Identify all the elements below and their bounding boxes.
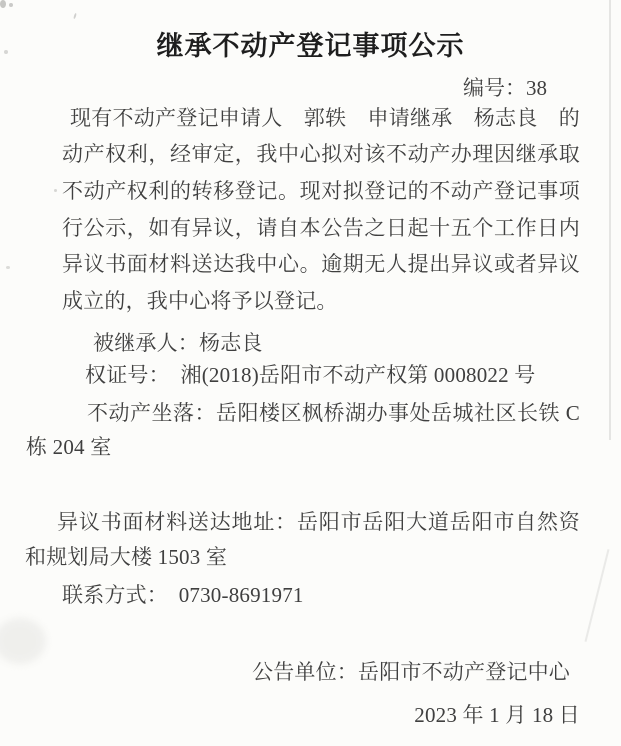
- scan-smudge: [0, 618, 46, 664]
- paragraph-line-1: 现有不动产登记申请人 郭轶 申请继承 杨志良 的不: [70, 105, 580, 133]
- contact-line: 联系方式： 0730-8691971: [62, 582, 304, 608]
- issuer-line: 公告单位：岳阳市不动产登记中心: [252, 659, 570, 685]
- paragraph-line-6: 成立的，我中心将予以登记。: [62, 288, 338, 314]
- scan-speck: [54, 189, 57, 192]
- scan-edge-line: [609, 0, 611, 440]
- doc-number: 编号：38: [463, 72, 547, 102]
- paragraph-line-2: 动产权利，经审定，我中心拟对该不动产办理因继承取得: [62, 141, 580, 169]
- property-location-line-1: 不动产坐落：岳阳楼区枫桥湖办事处岳城社区长铁 C 区 2: [87, 400, 580, 428]
- paragraph-line-5: 异议书面材料送达我中心。逾期无人提出异议或者异议不: [62, 251, 580, 279]
- scan-speck: [0, 0, 6, 8]
- objection-address-line-2: 和规划局大楼 1503 室: [25, 544, 227, 570]
- decedent-line: 被继承人：杨志良: [93, 330, 263, 356]
- scan-streak: [585, 549, 610, 642]
- scan-speck: [73, 13, 77, 19]
- date-line: 2023 年 1 月 18 日: [414, 702, 580, 728]
- objection-address-line-1: 异议书面材料送达地址：岳阳市岳阳大道岳阳市自然资源: [57, 509, 580, 537]
- scan-speck: [9, 3, 13, 7]
- paragraph-line-4: 行公示，如有异议，请自本公告之日起十五个工作日内将: [62, 215, 580, 243]
- property-location-line-2: 栋 204 室: [26, 434, 111, 460]
- notice-title: 继承不动产登记事项公示: [0, 24, 621, 63]
- scanned-notice-page: 继承不动产登记事项公示 编号：38 现有不动产登记申请人 郭轶 申请继承 杨志良…: [0, 0, 621, 746]
- certificate-line: 权证号： 湘(2018)岳阳市不动产权第 0008022 号: [85, 362, 536, 388]
- scan-speck: [6, 266, 10, 269]
- paragraph-line-3: 不动产权利的转移登记。现对拟登记的不动产登记事项进: [62, 178, 580, 206]
